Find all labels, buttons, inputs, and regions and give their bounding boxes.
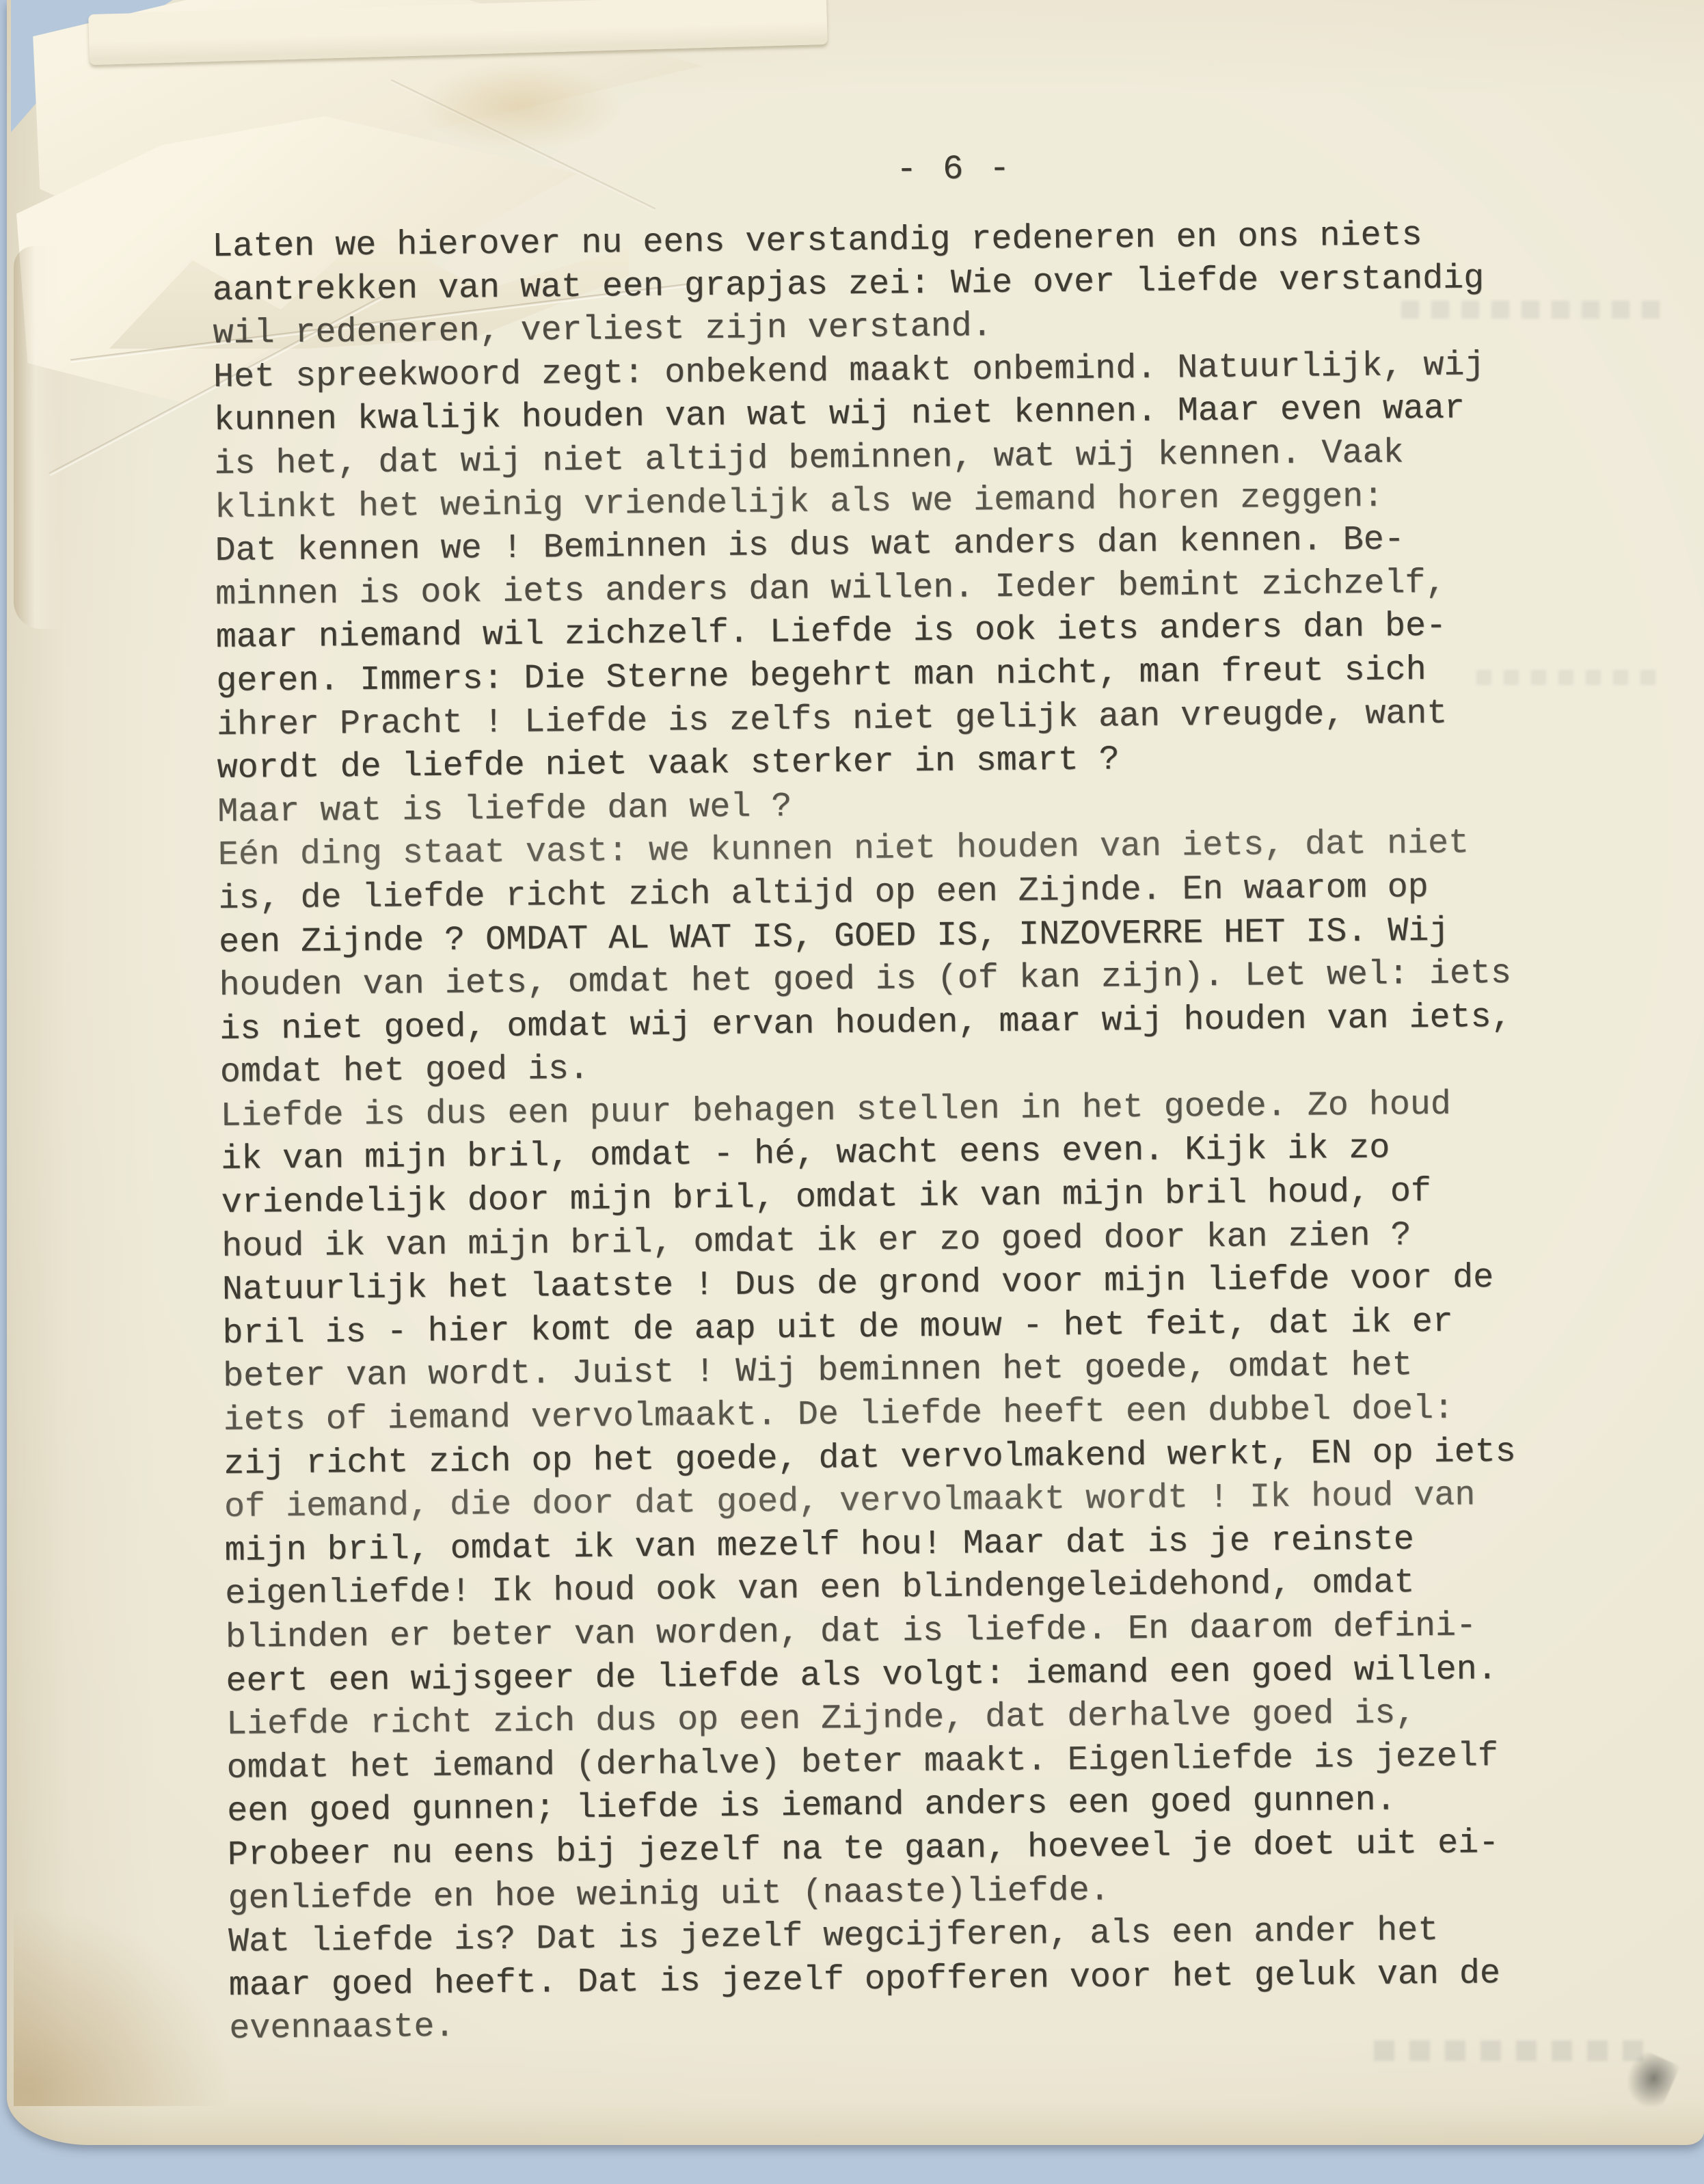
worn-corner (14, 1901, 239, 2106)
paper-stain (417, 62, 622, 150)
scanned-typewritten-page: - 6 - Laten we hierover nu eens verstand… (0, 0, 1704, 2184)
typewritten-text-block: - 6 - Laten we hierover nu eens verstand… (212, 212, 1631, 2051)
paper-sheet: - 6 - Laten we hierover nu eens verstand… (7, 0, 1704, 2145)
ink-bleed-through-marks (1374, 2040, 1647, 2061)
ragged-left-edge (14, 246, 62, 629)
body-text: Laten we hierover nu eens verstandig red… (212, 212, 1631, 2051)
page-number: - 6 - (896, 150, 1013, 190)
